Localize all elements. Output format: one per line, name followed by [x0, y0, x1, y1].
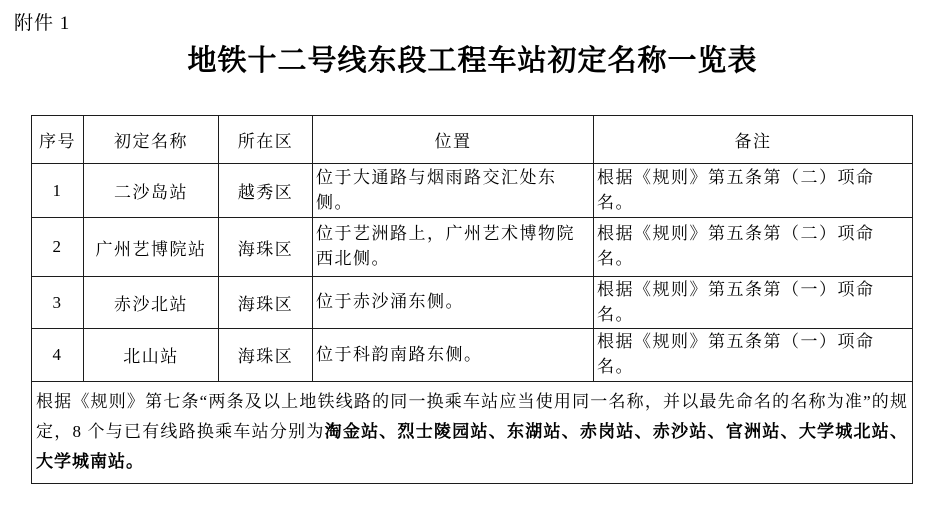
header-remark: 备注	[594, 116, 913, 164]
header-no: 序号	[32, 116, 84, 164]
cell-district: 越秀区	[219, 164, 313, 218]
table-row: 4 北山站 海珠区 位于科韵南路东侧。 根据《规则》第五条第（一）项命名。	[32, 329, 913, 381]
cell-name: 二沙岛站	[84, 164, 219, 218]
cell-location: 位于赤沙涌东侧。	[313, 277, 594, 329]
cell-no: 2	[32, 218, 84, 277]
cell-location: 位于艺洲路上，广州艺术博物院西北侧。	[313, 218, 594, 277]
table-footnote-row: 根据《规则》第七条“两条及以上地铁线路的同一换乘车站应当使用同一名称，并以最先命…	[32, 381, 913, 483]
cell-name: 广州艺博院站	[84, 218, 219, 277]
cell-remark: 根据《规则》第五条第（一）项命名。	[594, 277, 913, 329]
header-district: 所在区	[219, 116, 313, 164]
table-row: 1 二沙岛站 越秀区 位于大通路与烟雨路交汇处东侧。 根据《规则》第五条第（二）…	[32, 164, 913, 218]
cell-name: 北山站	[84, 329, 219, 381]
cell-location: 位于大通路与烟雨路交汇处东侧。	[313, 164, 594, 218]
attachment-label: 附件 1	[14, 8, 70, 35]
cell-location: 位于科韵南路东侧。	[313, 329, 594, 381]
header-name: 初定名称	[84, 116, 219, 164]
document-page: 附件 1 地铁十二号线东段工程车站初定名称一览表 序号 初定名称 所在区 位置 …	[0, 0, 945, 517]
cell-district: 海珠区	[219, 277, 313, 329]
cell-district: 海珠区	[219, 218, 313, 277]
cell-no: 4	[32, 329, 84, 381]
footnote-cell: 根据《规则》第七条“两条及以上地铁线路的同一换乘车站应当使用同一名称，并以最先命…	[32, 381, 913, 483]
station-name-table: 序号 初定名称 所在区 位置 备注 1 二沙岛站 越秀区 位于大通路与烟雨路交汇…	[31, 115, 913, 484]
cell-no: 1	[32, 164, 84, 218]
header-location: 位置	[313, 116, 594, 164]
cell-remark: 根据《规则》第五条第（一）项命名。	[594, 329, 913, 381]
table-row: 3 赤沙北站 海珠区 位于赤沙涌东侧。 根据《规则》第五条第（一）项命名。	[32, 277, 913, 329]
table-header-row: 序号 初定名称 所在区 位置 备注	[32, 116, 913, 164]
cell-district: 海珠区	[219, 329, 313, 381]
cell-no: 3	[32, 277, 84, 329]
cell-name: 赤沙北站	[84, 277, 219, 329]
cell-remark: 根据《规则》第五条第（二）项命名。	[594, 164, 913, 218]
page-title: 地铁十二号线东段工程车站初定名称一览表	[0, 38, 945, 79]
cell-remark: 根据《规则》第五条第（二）项命名。	[594, 218, 913, 277]
table-row: 2 广州艺博院站 海珠区 位于艺洲路上，广州艺术博物院西北侧。 根据《规则》第五…	[32, 218, 913, 277]
